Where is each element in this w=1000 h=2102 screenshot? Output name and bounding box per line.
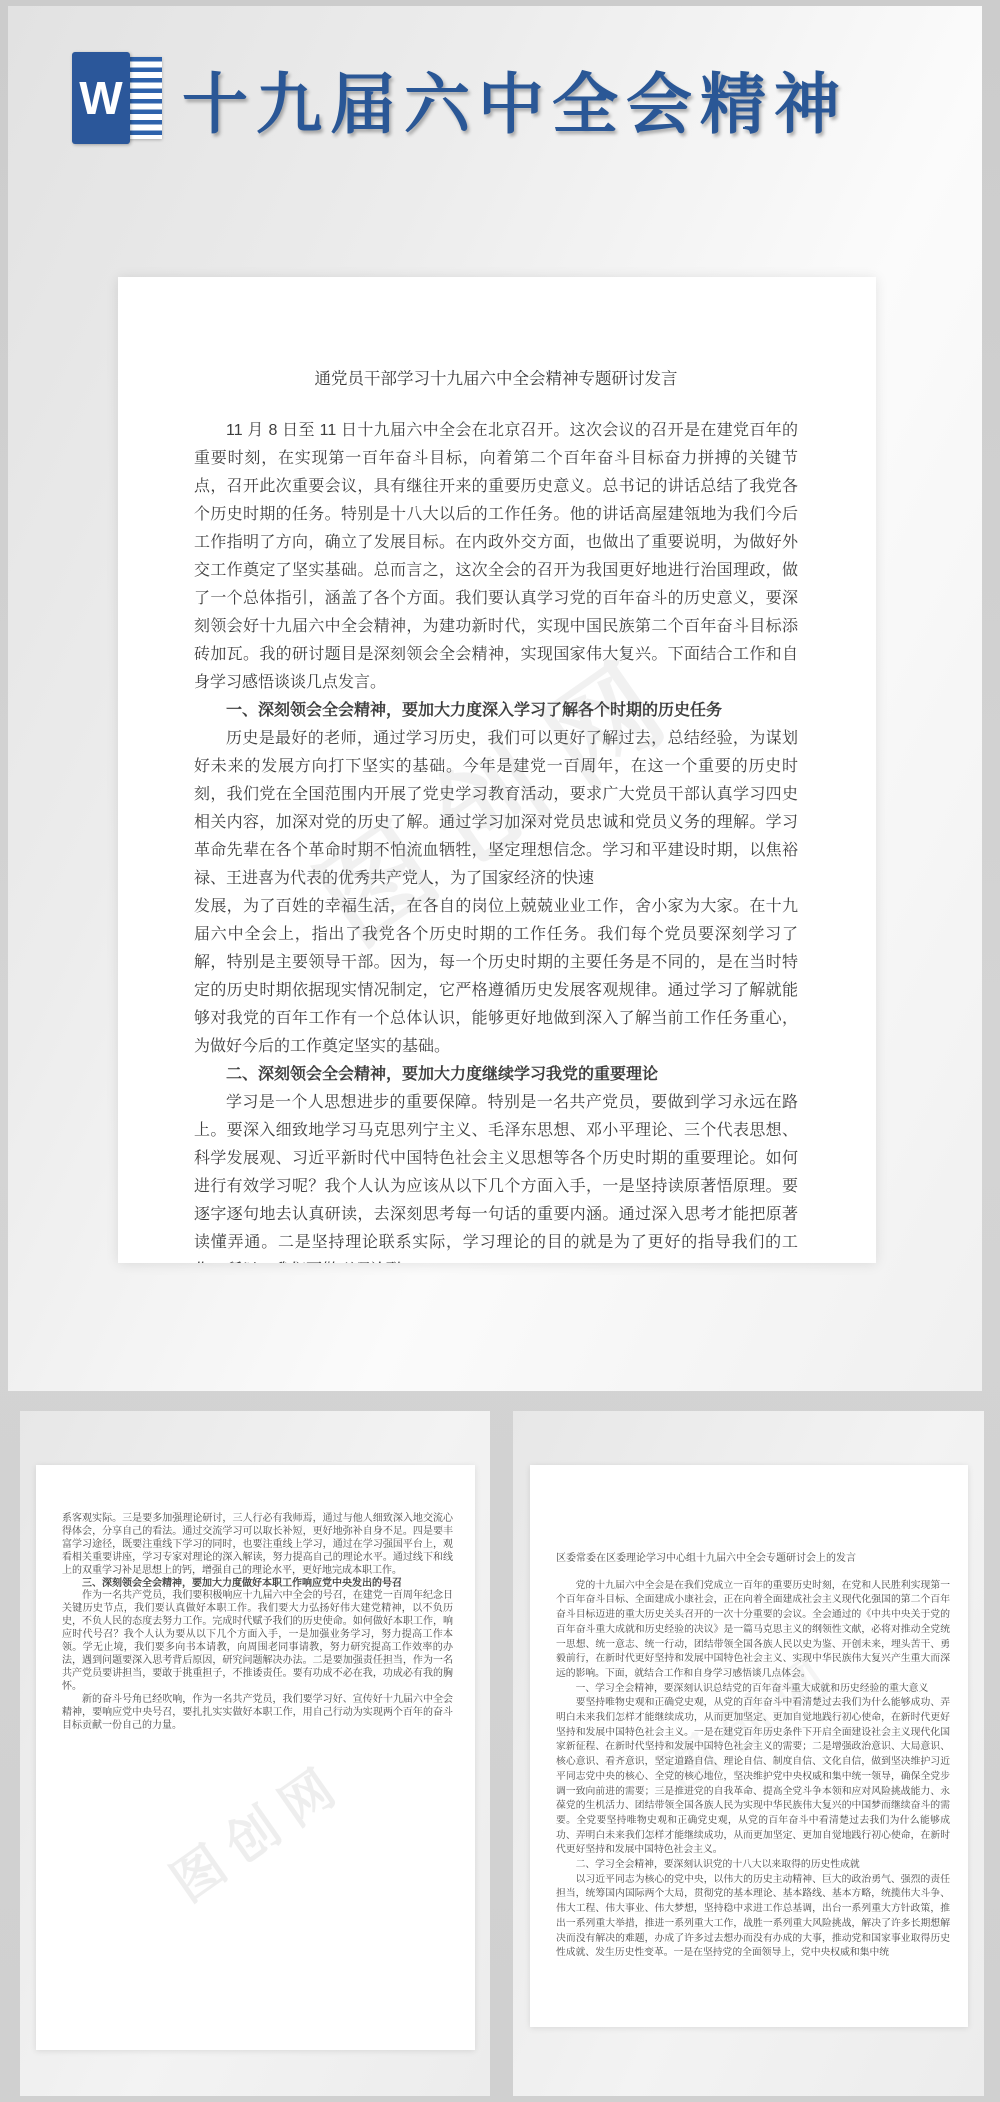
header: W 十九届六中全会精神 <box>72 50 848 146</box>
paragraph: 一、深刻领会全会精神，要加大力度深入学习了解各个时期的历史任务 <box>194 697 798 725</box>
paragraph: 要坚持唯物史观和正确党史观，从党的百年奋斗中看清楚过去我们为什么能够成功、弄明白… <box>556 1696 950 1858</box>
paragraph: 作为一名共产党员，我们要积极响应十九届六中全会的号召，在建党一百周年纪念日关键历… <box>62 1590 453 1693</box>
paragraph: 发展，为了百姓的幸福生活，在各自的岗位上兢兢业业工作，舍小家为大家。在十九届六中… <box>194 893 798 1061</box>
bottom-left-card: 系客观实际。三是要多加强理论研讨，三人行必有我师焉，通过与他人细致深入地交流心得… <box>20 1411 490 2096</box>
paragraph: 新的奋斗号角已经吹响，作为一名共产党员，我们要学习好、宣传好十九届六中全会精神，… <box>62 1694 453 1733</box>
paragraph: 系客观实际。三是要多加强理论研讨，三人行必有我师焉，通过与他人细致深入地交流心得… <box>62 1513 453 1578</box>
document-title: 区委常委在区委理论学习中心组十九届六中全会专题研讨会上的发言 <box>556 1549 950 1564</box>
watermark-text: 图创网 <box>153 1740 358 1915</box>
document-body: 党的十九届六中全会是在我们党成立一百年的重要历史时刻，在党和人民胜利实现第一个百… <box>556 1579 950 1961</box>
document-body: 11 月 8 日至 11 日十九届六中全会在北京召开。这次会议的召开是在建党百年… <box>194 417 798 1263</box>
paragraph: 一、学习全会精神，要深刻认识总结党的百年奋斗重大成就和历史经验的重大意义 <box>556 1682 950 1697</box>
paragraph: 党的十九届六中全会是在我们党成立一百年的重要历史时刻，在党和人民胜利实现第一个百… <box>556 1579 950 1682</box>
paragraph: 学习是一个人思想进步的重要保障。特别是一名共产党员，要做到学习永远在路上。要深入… <box>194 1089 798 1263</box>
template-preview: { "header": { "logo_letter": "W", "title… <box>0 0 1000 2102</box>
word-logo-cover: W <box>72 52 130 144</box>
paragraph: 以习近平同志为核心的党中央，以伟大的历史主动精神、巨大的政治勇气、强烈的责任担当… <box>556 1873 950 1961</box>
document-body: 系客观实际。三是要多加强理论研讨，三人行必有我师焉，通过与他人细致深入地交流心得… <box>62 1513 453 1732</box>
document-title: 通党员干部学习十九届六中全会精神专题研讨发言 <box>194 365 798 389</box>
page-title: 十九届六中全会精神 <box>182 51 848 146</box>
word-logo-icon: W <box>72 52 168 144</box>
paragraph: 二、深刻领会全会精神，要加大力度继续学习我党的重要理论 <box>194 1061 798 1089</box>
word-logo-letter: W <box>79 75 122 121</box>
left-document-page: 系客观实际。三是要多加强理论研讨，三人行必有我师焉，通过与他人细致深入地交流心得… <box>36 1465 475 2050</box>
paragraph: 历史是最好的老师，通过学习历史，我们可以更好了解过去，总结经验，为谋划好未来的发… <box>194 725 798 893</box>
bottom-right-card: 区委常委在区委理论学习中心组十九届六中全会专题研讨会上的发言 党的十九届六中全会… <box>513 1411 984 2096</box>
paragraph: 二、学习全会精神，要深刻认识党的十八大以来取得的历史性成就 <box>556 1858 950 1873</box>
main-document-page: 通党员干部学习十九届六中全会精神专题研讨发言 11 月 8 日至 11 日十九届… <box>118 277 876 1263</box>
paragraph: 三、深刻领会全会精神，要加大力度做好本职工作响应党中央发出的号召 <box>62 1578 453 1591</box>
right-document-page: 区委常委在区委理论学习中心组十九届六中全会专题研讨会上的发言 党的十九届六中全会… <box>530 1465 968 2027</box>
paragraph: 11 月 8 日至 11 日十九届六中全会在北京召开。这次会议的召开是在建党百年… <box>194 417 798 697</box>
